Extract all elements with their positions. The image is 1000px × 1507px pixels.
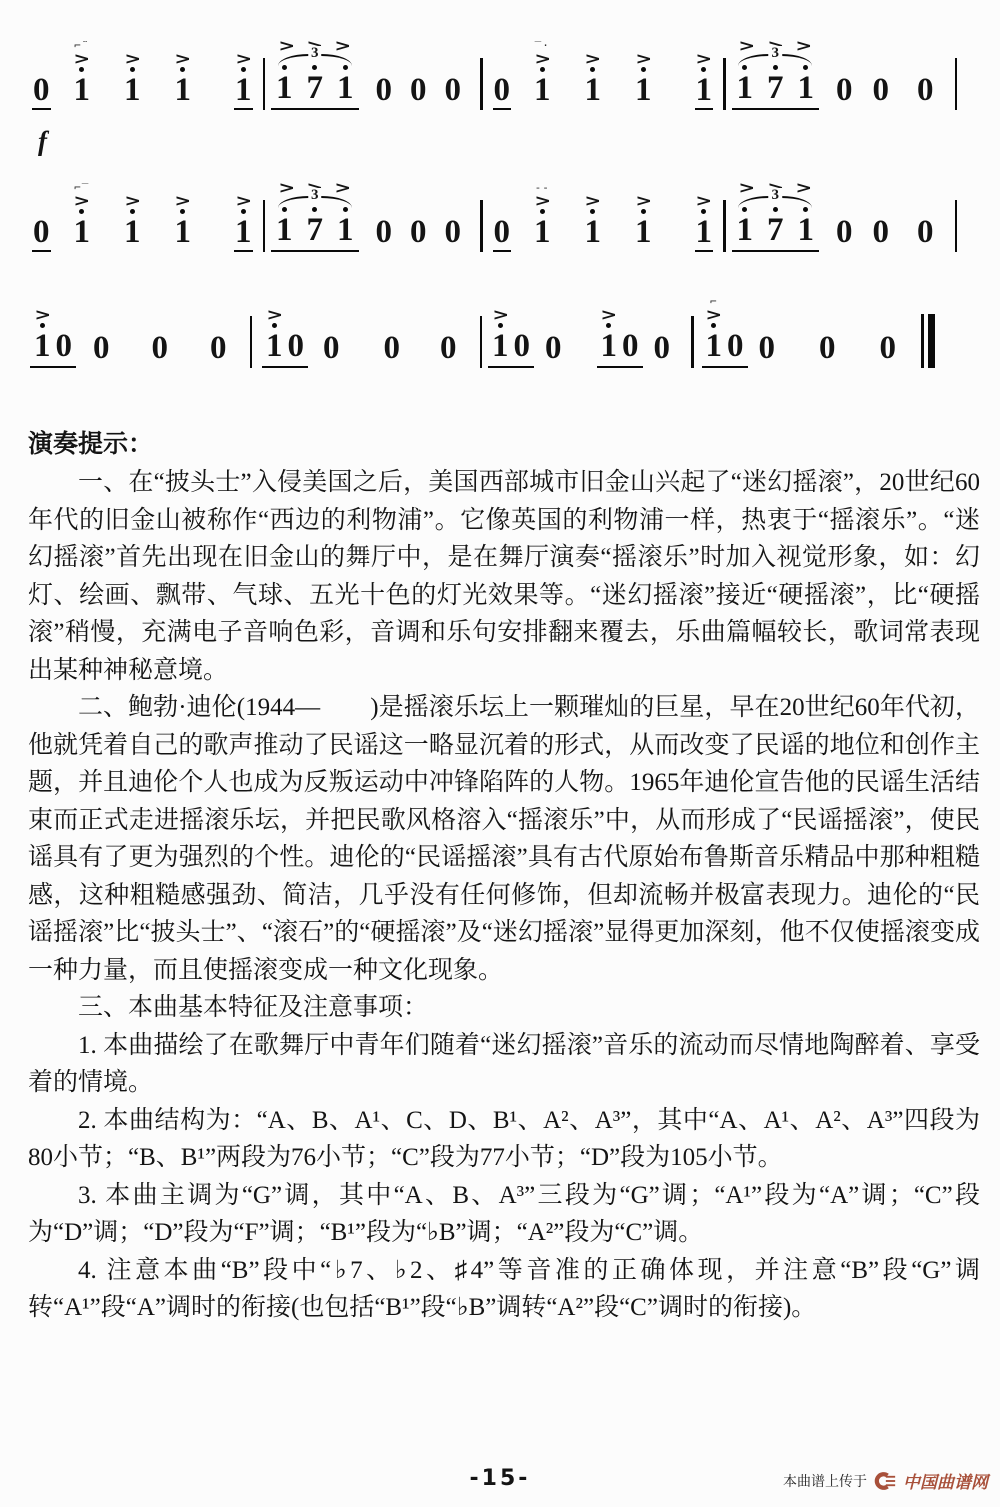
note: >1: [123, 194, 142, 252]
barline: [955, 200, 958, 252]
accent-mark: >: [73, 194, 90, 207]
note: 0: [835, 217, 854, 252]
note-digit: 1: [695, 217, 714, 252]
note: 0: [653, 333, 672, 368]
accent-mark: >: [695, 194, 712, 207]
triplet-slur: 3: [278, 196, 352, 208]
accent-mark: >: [124, 194, 141, 207]
note-digit: 0: [916, 217, 935, 252]
note-digit: 1: [336, 73, 355, 106]
notation-line: 0⌐¨>1>1>1>1>>>31710000‾·>1>1>1>1>>>31710…: [28, 14, 988, 110]
note-digit: 0: [444, 75, 463, 110]
note: 0: [818, 333, 837, 368]
note-digit: 1: [33, 331, 52, 364]
note-digit: 0: [32, 75, 51, 110]
note: >1: [584, 194, 603, 252]
note-paragraph-4: 1. 本曲描绘了在歌舞厅中青年们随着“迷幻摇滚”音乐的流动而尽情地陶醉着、享受着…: [28, 1027, 980, 1102]
note-digit: 7: [766, 73, 785, 106]
note-digit: 0: [151, 333, 170, 368]
note-digit: 1: [797, 73, 816, 106]
note-digit: 0: [493, 75, 512, 110]
barline: [263, 200, 266, 252]
note: 0: [493, 75, 512, 110]
accent-mark: >: [335, 39, 352, 52]
note-paragraph-7: 4. 注意本曲“B”段中“♭7、♭2、♯4”等音准的正确体现，并注意“B”段“G…: [28, 1252, 980, 1327]
triplet-group: >>>3171: [732, 181, 820, 252]
accent-mark: >: [705, 308, 722, 321]
barline: [480, 200, 483, 252]
note-digit: 1: [705, 331, 724, 364]
note: >1: [600, 308, 619, 364]
note-digit: 1: [491, 331, 510, 364]
accent-mark: >: [174, 194, 191, 207]
note: 7: [306, 205, 325, 248]
note: 0: [209, 333, 228, 368]
note-digit: 1: [797, 215, 816, 248]
note: >1: [174, 52, 193, 110]
note-digit: 1: [234, 217, 253, 252]
note-digit: 0: [758, 333, 777, 368]
note-digit: 1: [275, 215, 294, 248]
note-digit: 0: [439, 333, 458, 368]
note-digit: 1: [265, 331, 284, 364]
note: 0: [439, 333, 458, 368]
note: 0: [375, 217, 394, 252]
barline: [480, 316, 483, 368]
final-barline-thin: [921, 314, 924, 368]
note: >1: [695, 194, 714, 252]
note-digit: 0: [726, 331, 745, 364]
note: 0: [621, 331, 640, 364]
note-digit: 0: [621, 331, 640, 364]
triplet-notes: 171: [271, 63, 359, 110]
notation-score: 0⌐¨>1>1>1>1>>>31710000‾·>1>1>1>1>>>31710…: [28, 14, 988, 368]
note: 0: [55, 331, 74, 364]
accent-mark: >: [534, 194, 551, 207]
beamed-pair: ⌐>10: [702, 296, 748, 368]
notation-line: >10000>10000>100>100⌐>10000: [28, 290, 988, 368]
final-barline-thick: [928, 314, 935, 368]
accent-mark: >: [695, 52, 712, 65]
note-digit: 0: [818, 333, 837, 368]
note: 1: [797, 63, 816, 106]
note: 1: [336, 63, 355, 106]
note-digit: 0: [544, 333, 563, 368]
note: >1: [695, 52, 714, 110]
note: 0: [322, 333, 341, 368]
note-paragraph-3: 三、本曲基本特征及注意事项：: [28, 989, 980, 1027]
accent-mark: >: [635, 52, 652, 65]
note: >1: [33, 308, 52, 364]
accent-mark: >: [584, 194, 601, 207]
note: >1: [634, 52, 653, 110]
note: >1: [265, 308, 284, 364]
note: >1: [123, 52, 142, 110]
note-digit: 0: [92, 333, 111, 368]
triplet-slur: 3: [278, 54, 352, 66]
beamed-pair: >10: [262, 308, 308, 368]
accent-mark: >: [235, 52, 252, 65]
note-digit: 0: [322, 333, 341, 368]
accent-mark: >: [492, 308, 509, 321]
note: 1: [736, 63, 755, 106]
barline: [263, 58, 266, 110]
note-digit: 1: [123, 217, 142, 252]
note: >1: [234, 194, 253, 252]
note-digit: 0: [409, 75, 428, 110]
beamed-pair: >10: [30, 308, 76, 368]
note-digit: 0: [493, 217, 512, 252]
note: 0: [375, 75, 394, 110]
note-digit: 1: [584, 75, 603, 110]
note-digit: 1: [174, 75, 193, 110]
note-digit: 0: [835, 217, 854, 252]
upload-note-label: 本曲谱上传于: [783, 1471, 867, 1491]
barline: [723, 200, 726, 252]
note: -->1: [533, 182, 552, 252]
performance-notes-section: 演奏提示： 一、在“披头士”入侵美国之后，美国西部城市旧金山兴起了“迷幻摇滚”，…: [28, 426, 980, 1327]
performance-notes-heading: 演奏提示：: [28, 426, 980, 464]
note-digit: 1: [533, 75, 552, 110]
note-digit: 1: [123, 75, 142, 110]
note: 0: [287, 331, 306, 364]
accent-mark: >: [235, 194, 252, 207]
note-digit: 1: [736, 215, 755, 248]
note-digit: 0: [383, 333, 402, 368]
barline: [723, 58, 726, 110]
note: 1: [736, 205, 755, 248]
barline: [480, 58, 483, 110]
note-digit: 0: [872, 75, 891, 110]
note: >1: [491, 308, 510, 364]
barline: [691, 316, 694, 368]
triplet-notes: 171: [271, 205, 359, 252]
accent-mark: >: [738, 39, 755, 52]
note: 0: [444, 217, 463, 252]
accent-mark: >: [795, 181, 812, 194]
note: 0: [544, 333, 563, 368]
final-barline: [921, 314, 935, 368]
note: 0: [916, 75, 935, 110]
accent-mark: >: [124, 52, 141, 65]
note: 0: [32, 75, 51, 110]
note-digit: 0: [375, 75, 394, 110]
triplet-group: >>>3171: [732, 39, 820, 110]
note-digit: 0: [409, 217, 428, 252]
note-digit: 0: [916, 75, 935, 110]
note-digit: 0: [444, 217, 463, 252]
triplet-slur: 3: [738, 54, 812, 66]
note: 0: [151, 333, 170, 368]
note: 0: [513, 331, 532, 364]
note-digit: 0: [879, 333, 898, 368]
notation-lines: 0⌐¨>1>1>1>1>>>31710000‾·>1>1>1>1>>>31710…: [28, 14, 988, 368]
accent-mark: >: [534, 52, 551, 65]
triplet-number: 3: [308, 46, 322, 60]
note-digit: 0: [375, 217, 394, 252]
note: 0: [409, 217, 428, 252]
note: 0: [835, 75, 854, 110]
note-digit: 7: [766, 215, 785, 248]
note-digit: 1: [234, 75, 253, 110]
barline: [955, 58, 958, 110]
note-digit: 1: [533, 217, 552, 252]
note: ‾·>1: [533, 40, 552, 110]
site-name: 中国曲谱网: [903, 1468, 988, 1493]
note-digit: 0: [55, 331, 74, 364]
note: ⌐‾>1: [73, 182, 92, 252]
note: 0: [872, 217, 891, 252]
note: ⌐¨>1: [73, 40, 92, 110]
triplet-slur: 3: [738, 196, 812, 208]
triplet-group: >>>3171: [271, 181, 359, 252]
note-paragraph-6: 3. 本曲主调为“G”调，其中“A、B、A³”三段为“G”调；“A¹”段为“A”…: [28, 1177, 980, 1252]
triplet-number: 3: [769, 188, 783, 202]
accent-mark: >: [335, 181, 352, 194]
note: 1: [797, 205, 816, 248]
accent-mark: >: [738, 181, 755, 194]
note-digit: 1: [336, 215, 355, 248]
note: >1: [634, 194, 653, 252]
note: 1: [336, 205, 355, 248]
note-digit: 0: [32, 217, 51, 252]
note: 7: [766, 205, 785, 248]
note: 0: [916, 217, 935, 252]
note: 7: [306, 63, 325, 106]
note-digit: 0: [835, 75, 854, 110]
accent-mark: >: [584, 52, 601, 65]
note-paragraph-1: 一、在“披头士”入侵美国之后，美国西部城市旧金山兴起了“迷幻摇滚”，20世纪60…: [28, 464, 980, 689]
beamed-pair: >10: [597, 308, 643, 368]
triplet-number: 3: [308, 188, 322, 202]
note: 0: [726, 331, 745, 364]
accent-mark: >: [278, 39, 295, 52]
note: >1: [584, 52, 603, 110]
note: 0: [879, 333, 898, 368]
notation-line: 0⌐‾>1>1>1>1>>>31710000-->1>1>1>1>>>31710…: [28, 156, 988, 252]
note: 0: [758, 333, 777, 368]
accent-mark: >: [73, 52, 90, 65]
note: 0: [383, 333, 402, 368]
triplet-group: >>>3171: [271, 39, 359, 110]
note-digit: 1: [695, 75, 714, 110]
note: 0: [92, 333, 111, 368]
note-digit: 1: [584, 217, 603, 252]
accent-mark: >: [635, 194, 652, 207]
accent-mark: >: [600, 308, 617, 321]
accent-mark: >: [266, 308, 283, 321]
note: 0: [444, 75, 463, 110]
note-digit: 1: [73, 217, 92, 252]
note-digit: 0: [653, 333, 672, 368]
note-digit: 0: [209, 333, 228, 368]
note-digit: 7: [306, 215, 325, 248]
site-logo-icon: [874, 1471, 896, 1491]
note: >1: [234, 52, 253, 110]
accent-mark: >: [795, 39, 812, 52]
triplet-notes: 171: [732, 205, 820, 252]
dynamic-forte-mark: f: [38, 126, 47, 157]
triplet-number: 3: [769, 46, 783, 60]
note-paragraph-5: 2. 本曲结构为：“A、B、A¹、C、D、B¹、A²、A³”，其中“A、A¹、A…: [28, 1102, 980, 1177]
note-digit: 0: [872, 217, 891, 252]
note-digit: 1: [73, 75, 92, 110]
site-watermark: 本曲谱上传于 中国曲谱网: [783, 1468, 988, 1493]
note-digit: 1: [275, 73, 294, 106]
note-digit: 0: [513, 331, 532, 364]
triplet-notes: 171: [732, 63, 820, 110]
note: >1: [174, 194, 193, 252]
note: 1: [275, 205, 294, 248]
note-digit: 1: [600, 331, 619, 364]
note: 0: [32, 217, 51, 252]
note: ⌐>1: [705, 296, 724, 364]
note-digit: 1: [174, 217, 193, 252]
note: 7: [766, 63, 785, 106]
note-digit: 1: [736, 73, 755, 106]
note-digit: 7: [306, 73, 325, 106]
beamed-pair: >10: [488, 308, 534, 368]
barline: [250, 316, 253, 368]
note: 0: [493, 217, 512, 252]
note-digit: 0: [287, 331, 306, 364]
note: 0: [872, 75, 891, 110]
note: 1: [275, 63, 294, 106]
accent-mark: >: [278, 181, 295, 194]
accent-mark: >: [34, 308, 51, 321]
accent-mark: >: [174, 52, 191, 65]
note: 0: [409, 75, 428, 110]
note-digit: 1: [634, 75, 653, 110]
note-digit: 1: [634, 217, 653, 252]
note-paragraph-2: 二、鲍勃·迪伦(1944— )是摇滚乐坛上一颗璀灿的巨星，早在20世纪60年代初…: [28, 689, 980, 989]
